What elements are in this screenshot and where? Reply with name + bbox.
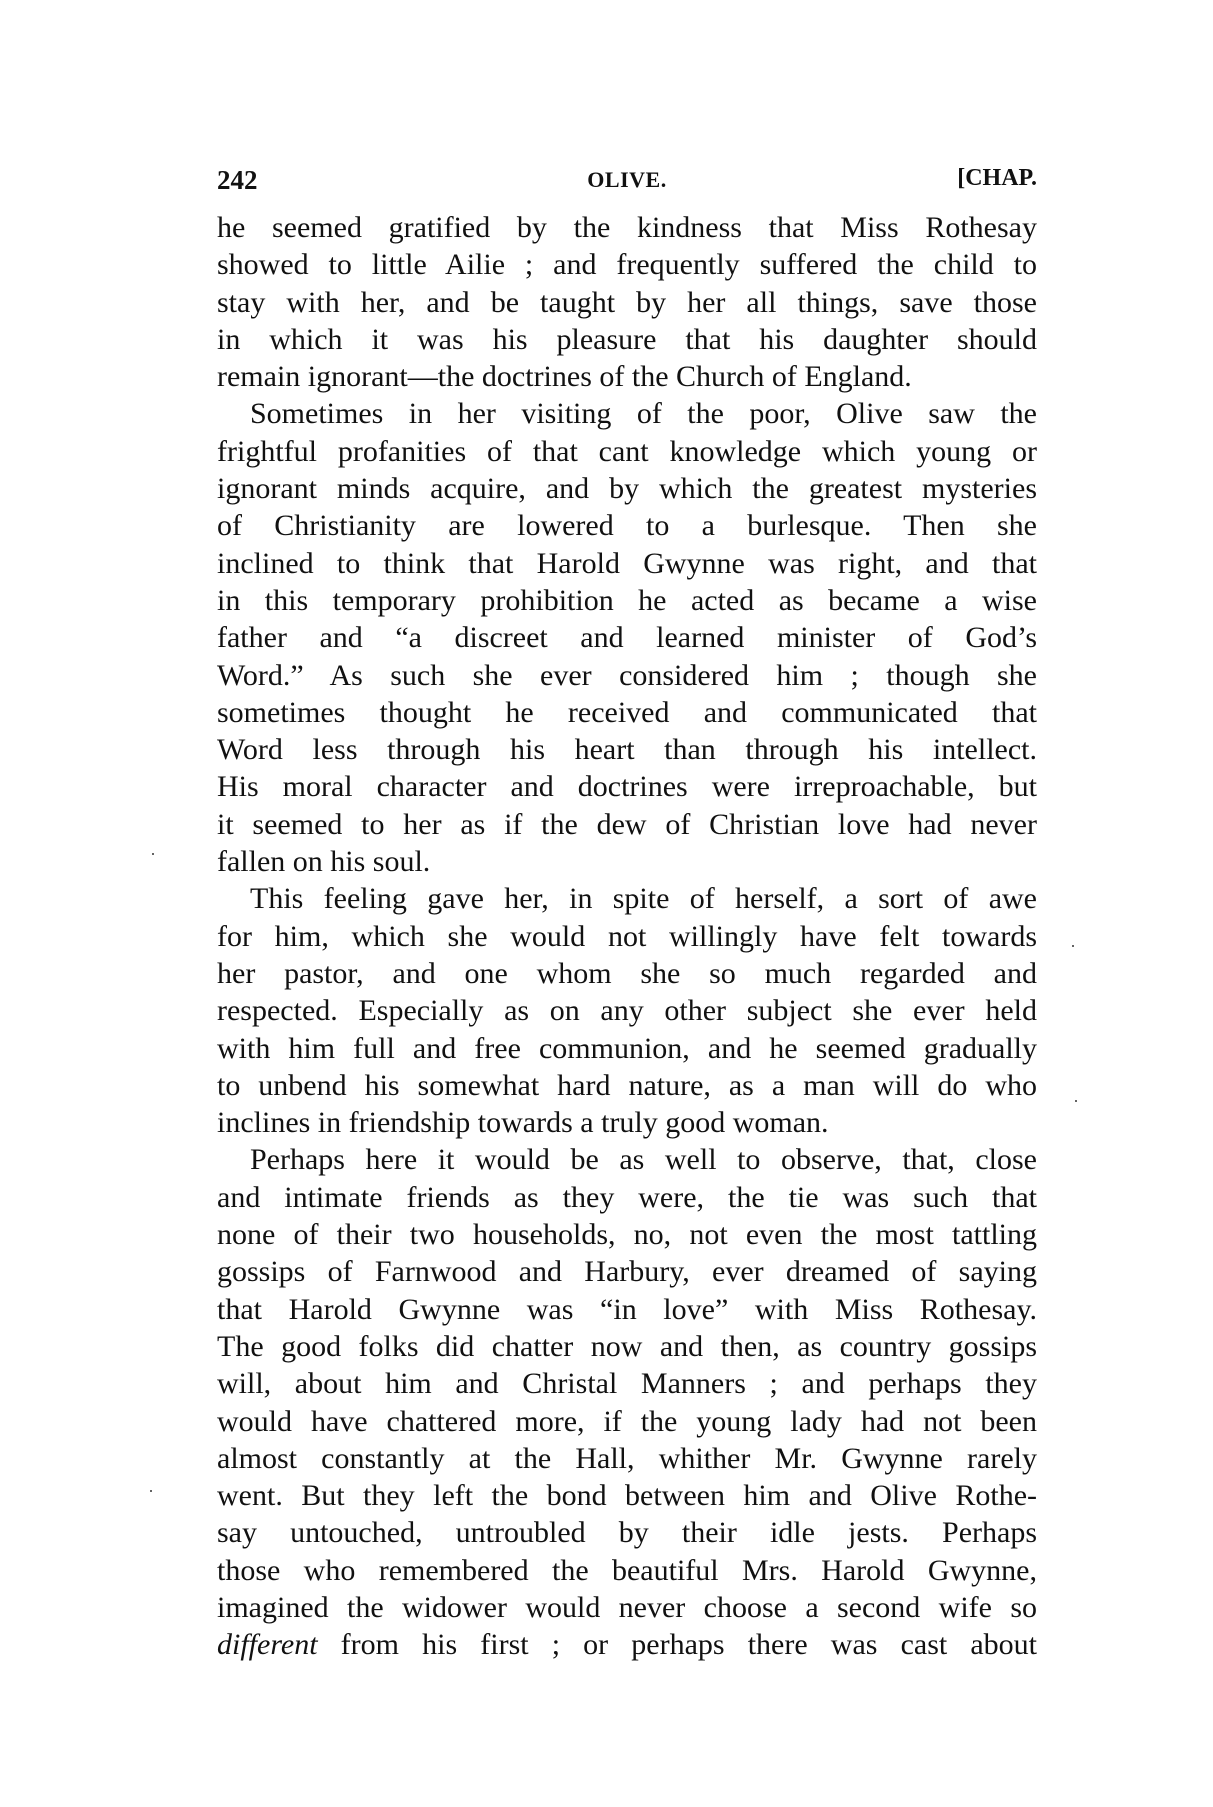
text-line: Word less through his heart than through… bbox=[217, 731, 1037, 768]
scan-speck bbox=[152, 853, 154, 855]
text-line: respected. Especially as on any other su… bbox=[217, 992, 1037, 1029]
text-line: of Christianity are lowered to a burlesq… bbox=[217, 507, 1037, 544]
text-line: her pastor, and one whom she so much reg… bbox=[217, 955, 1037, 992]
text-line: it seemed to her as if the dew of Christ… bbox=[217, 806, 1037, 843]
chapter-marker: [CHAP. bbox=[957, 165, 1037, 192]
text-line: The good folks did chatter now and then,… bbox=[217, 1328, 1037, 1365]
paragraph-2: Sometimes in her visiting of the poor, O… bbox=[217, 395, 1037, 880]
running-title: OLIVE. bbox=[217, 167, 1037, 193]
text-line: His moral character and doctrines were i… bbox=[217, 768, 1037, 805]
text-line: he seemed gratified by the kindness that… bbox=[217, 209, 1037, 246]
text-line: gossips of Farnwood and Harbury, ever dr… bbox=[217, 1253, 1037, 1290]
text-line: inclined to think that Harold Gwynne was… bbox=[217, 545, 1037, 582]
text-line: for him, which she would not willingly h… bbox=[217, 918, 1037, 955]
paragraph-4: Perhaps here it would be as well to obse… bbox=[217, 1141, 1037, 1663]
paragraph-3: This feeling gave her, in spite of herse… bbox=[217, 880, 1037, 1141]
text-line: to unbend his somewhat hard nature, as a… bbox=[217, 1067, 1037, 1104]
text-line: Perhaps here it would be as well to obse… bbox=[217, 1141, 1037, 1178]
text-line: would have chattered more, if the young … bbox=[217, 1403, 1037, 1440]
text-line: in this temporary prohibition he acted a… bbox=[217, 582, 1037, 619]
book-page: 242 OLIVE. [CHAP. he seemed gratified by… bbox=[217, 165, 1037, 1664]
scan-speck bbox=[1075, 1100, 1077, 1102]
text-line: father and “a discreet and learned minis… bbox=[217, 619, 1037, 656]
text-line: ignorant minds acquire, and by which the… bbox=[217, 470, 1037, 507]
text-line: frightful profanities of that cant knowl… bbox=[217, 433, 1037, 470]
text-line: This feeling gave her, in spite of herse… bbox=[217, 880, 1037, 917]
text-line: remain ignorant—the doctrines of the Chu… bbox=[217, 358, 1037, 395]
text-line: Word.” As such she ever considered him ;… bbox=[217, 657, 1037, 694]
text-line: will, about him and Christal Manners ; a… bbox=[217, 1365, 1037, 1402]
text-line: sometimes thought he received and commun… bbox=[217, 694, 1037, 731]
running-head: 242 OLIVE. [CHAP. bbox=[217, 165, 1037, 201]
body-text: he seemed gratified by the kindness that… bbox=[217, 209, 1037, 1664]
text-line: fallen on his soul. bbox=[217, 843, 1037, 880]
text-line: showed to little Ailie ; and frequently … bbox=[217, 246, 1037, 283]
text-line: imagined the widower would never choose … bbox=[217, 1589, 1037, 1626]
text-line: with him full and free communion, and he… bbox=[217, 1030, 1037, 1067]
italic-word: different bbox=[217, 1628, 318, 1661]
scan-speck bbox=[1072, 945, 1074, 947]
text-line: inclines in friendship towards a truly g… bbox=[217, 1104, 1037, 1141]
final-line-rest: from his first ; or perhaps there was ca… bbox=[318, 1628, 1037, 1661]
text-line: that Harold Gwynne was “in love” with Mi… bbox=[217, 1291, 1037, 1328]
text-line: those who remembered the beautiful Mrs. … bbox=[217, 1552, 1037, 1589]
text-line-final: different from his first ; or perhaps th… bbox=[217, 1626, 1037, 1663]
text-line: stay with her, and be taught by her all … bbox=[217, 284, 1037, 321]
text-line: and intimate friends as they were, the t… bbox=[217, 1179, 1037, 1216]
scan-speck bbox=[150, 1490, 152, 1492]
text-line: almost constantly at the Hall, whither M… bbox=[217, 1440, 1037, 1477]
text-line: Sometimes in her visiting of the poor, O… bbox=[217, 395, 1037, 432]
text-line: went. But they left the bond between him… bbox=[217, 1477, 1037, 1514]
text-line: say untouched, untroubled by their idle … bbox=[217, 1514, 1037, 1551]
paragraph-1: he seemed gratified by the kindness that… bbox=[217, 209, 1037, 395]
text-line: none of their two households, no, not ev… bbox=[217, 1216, 1037, 1253]
text-line: in which it was his pleasure that his da… bbox=[217, 321, 1037, 358]
